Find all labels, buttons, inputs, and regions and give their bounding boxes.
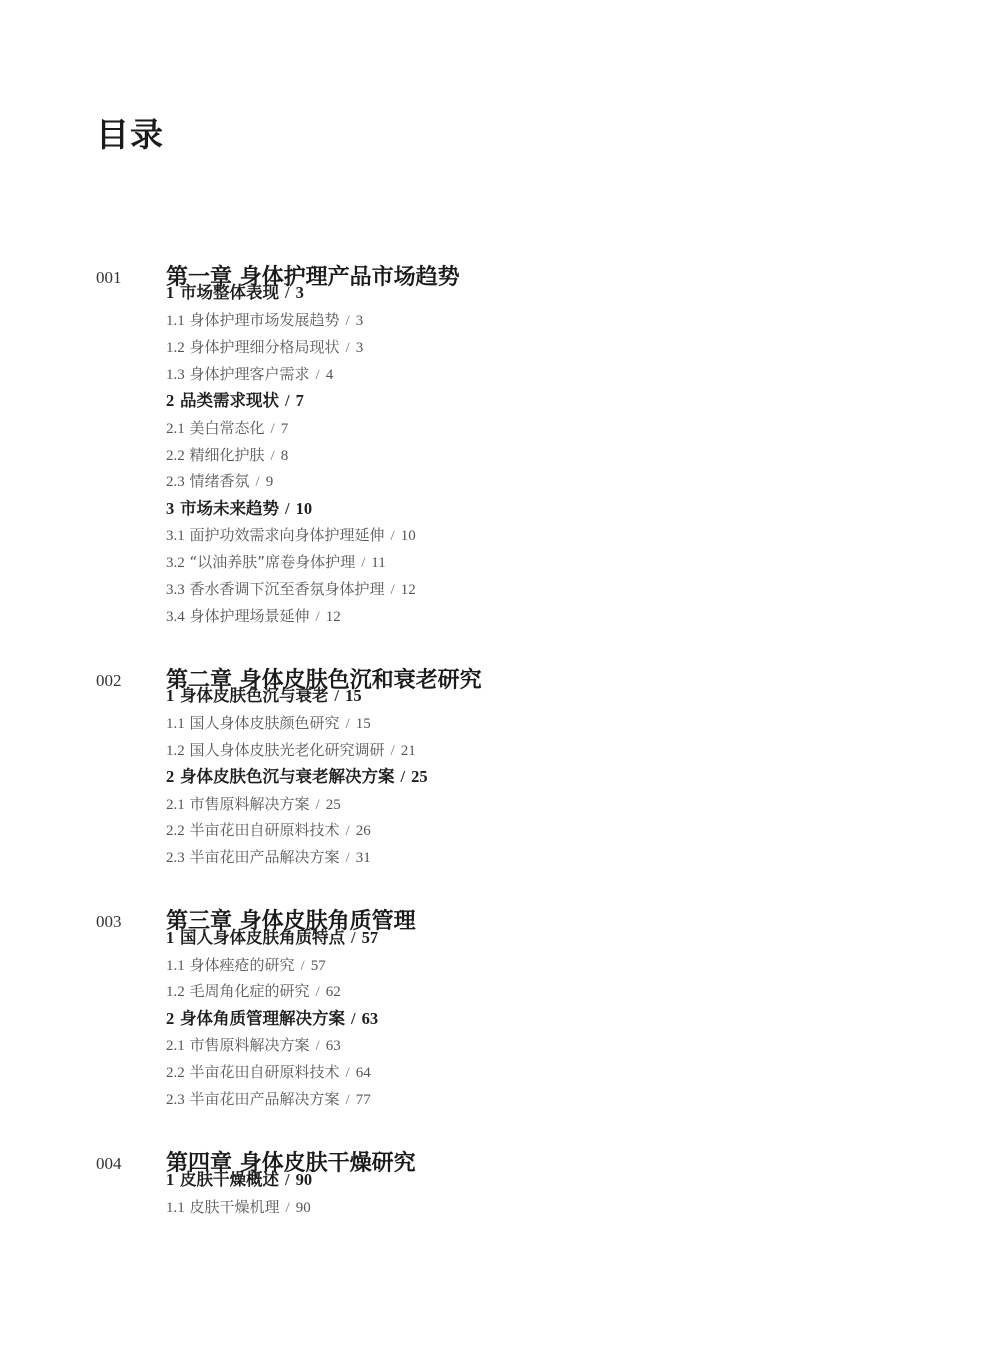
- entry-title: 情绪香氛: [190, 472, 250, 490]
- page-separator: /: [391, 743, 395, 759]
- page-number: 63: [326, 1038, 341, 1054]
- page-number: 15: [356, 716, 371, 732]
- entry-title: 半亩花田自研原料技术: [190, 1063, 340, 1081]
- page-separator: /: [316, 797, 320, 813]
- toc-subsection-entry[interactable]: 2.3 情绪香氛/9: [166, 470, 273, 493]
- toc-subsection-entry[interactable]: 2.3 半亩花田产品解决方案/77: [166, 1088, 371, 1111]
- page-number: 26: [356, 823, 371, 839]
- entry-title: 身体痤疮的研究: [190, 956, 295, 974]
- entry-number: 1.1: [166, 313, 185, 329]
- page-separator: /: [316, 984, 320, 1000]
- page-title: 目录: [96, 114, 164, 156]
- toc-subsection-entry[interactable]: 2.3 半亩花田产品解决方案/31: [166, 846, 371, 869]
- toc-subsection-entry[interactable]: 1.1 身体痤疮的研究/57: [166, 954, 326, 977]
- page-number: 8: [281, 448, 289, 464]
- entry-number: 3.1: [166, 528, 185, 544]
- chapter-number: 001: [96, 265, 122, 291]
- page-separator: /: [346, 716, 350, 732]
- entry-number: 1.1: [166, 958, 185, 974]
- page-number: 15: [345, 686, 362, 705]
- page-separator: /: [346, 1092, 350, 1108]
- page-separator: /: [391, 528, 395, 544]
- page-number: 64: [356, 1065, 371, 1081]
- page-number: 10: [401, 528, 416, 544]
- entry-number: 1.1: [166, 716, 185, 732]
- entry-title: 市场整体表现: [180, 283, 279, 302]
- entry-number: 3: [166, 499, 174, 518]
- entry-title: 身体皮肤色沉与衰老解决方案: [180, 767, 395, 786]
- page-number: 11: [371, 555, 385, 571]
- entry-number: 2.3: [166, 474, 185, 490]
- entry-title: 身体护理场景延伸: [190, 607, 310, 625]
- page-separator: /: [316, 609, 320, 625]
- entry-number: 2: [166, 391, 174, 410]
- page-number: 9: [266, 474, 274, 490]
- entry-title: 品类需求现状: [180, 391, 279, 410]
- page-separator: /: [361, 555, 365, 571]
- entry-number: 1: [166, 283, 174, 302]
- entry-title: 半亩花田自研原料技术: [190, 821, 340, 839]
- page-separator: /: [351, 1009, 356, 1028]
- entry-title: 身体角质管理解决方案: [180, 1009, 345, 1028]
- page-separator: /: [391, 582, 395, 598]
- page-number: 7: [281, 421, 289, 437]
- entry-number: 1: [166, 686, 174, 705]
- entry-number: 2.1: [166, 1038, 185, 1054]
- page-number: 12: [326, 609, 341, 625]
- entry-number: 1.3: [166, 367, 185, 383]
- entry-title: 毛周角化症的研究: [190, 982, 310, 1000]
- toc-subsection-entry[interactable]: 2.1 美白常态化/7: [166, 417, 288, 440]
- page-separator: /: [316, 367, 320, 383]
- entry-number: 1: [166, 928, 174, 947]
- page-separator: /: [285, 283, 290, 302]
- toc-subsection-entry[interactable]: 1.1 国人身体皮肤颜色研究/15: [166, 712, 371, 735]
- page-separator: /: [335, 686, 340, 705]
- entry-number: 1.2: [166, 743, 185, 759]
- page-number: 77: [356, 1092, 371, 1108]
- page-number: 21: [401, 743, 416, 759]
- entry-title: 美白常态化: [190, 419, 265, 437]
- toc-subsection-entry[interactable]: 3.2 “以油养肤”席卷身体护理/11: [166, 551, 386, 574]
- entry-title: 香水香调下沉至香氛身体护理: [190, 580, 385, 598]
- page-number: 7: [296, 391, 304, 410]
- entry-number: 2.3: [166, 1092, 185, 1108]
- entry-title: 皮肤干燥机理: [190, 1198, 280, 1216]
- toc-subsection-entry[interactable]: 1.3 身体护理客户需求/4: [166, 363, 333, 386]
- page-separator: /: [346, 340, 350, 356]
- page-separator: /: [256, 474, 260, 490]
- page-number: 25: [411, 767, 428, 786]
- entry-title: 身体护理细分格局现状: [190, 338, 340, 356]
- entry-number: 2: [166, 1009, 174, 1028]
- toc-subsection-entry[interactable]: 3.1 面护功效需求向身体护理延伸/10: [166, 524, 416, 547]
- page-number: 3: [356, 313, 364, 329]
- entry-number: 2.2: [166, 448, 185, 464]
- entry-title: 市售原料解决方案: [190, 795, 310, 813]
- entry-title: 半亩花田产品解决方案: [190, 848, 340, 866]
- chapter-number: 004: [96, 1151, 122, 1177]
- entry-title: 身体护理市场发展趋势: [190, 311, 340, 329]
- toc-subsection-entry[interactable]: 1.2 国人身体皮肤光老化研究调研/21: [166, 739, 416, 762]
- page-separator: /: [346, 313, 350, 329]
- page-number: 63: [362, 1009, 379, 1028]
- page-number: 12: [401, 582, 416, 598]
- page-separator: /: [346, 850, 350, 866]
- page-separator: /: [285, 1170, 290, 1189]
- toc-subsection-entry[interactable]: 2.2 半亩花田自研原料技术/64: [166, 1061, 371, 1084]
- page-number: 57: [311, 958, 326, 974]
- entry-title: 皮肤干燥概述: [180, 1170, 279, 1189]
- page-number: 57: [362, 928, 379, 947]
- entry-number: 2.3: [166, 850, 185, 866]
- page-separator: /: [401, 767, 406, 786]
- page-separator: /: [285, 499, 290, 518]
- page-number: 90: [296, 1170, 313, 1189]
- page-number: 90: [296, 1200, 311, 1216]
- page-number: 3: [356, 340, 364, 356]
- toc-section-entry[interactable]: 1 皮肤干燥概述/90: [166, 1169, 312, 1191]
- toc-subsection-entry[interactable]: 2.2 半亩花田自研原料技术/26: [166, 819, 371, 842]
- entry-title: 市场未来趋势: [180, 499, 279, 518]
- entry-number: 2.1: [166, 421, 185, 437]
- toc-subsection-entry[interactable]: 3.3 香水香调下沉至香氛身体护理/12: [166, 578, 416, 601]
- entry-title: 国人身体皮肤颜色研究: [190, 714, 340, 732]
- toc-section-entry[interactable]: 2 品类需求现状/7: [166, 390, 304, 412]
- toc-subsection-entry[interactable]: 1.2 毛周角化症的研究/62: [166, 980, 341, 1003]
- page-separator: /: [271, 421, 275, 437]
- page-separator: /: [286, 1200, 290, 1216]
- toc-subsection-entry[interactable]: 1.1 身体护理市场发展趋势/3: [166, 309, 363, 332]
- toc-section-entry[interactable]: 1 市场整体表现/3: [166, 282, 304, 304]
- chapter-number: 003: [96, 909, 122, 935]
- page-number: 25: [326, 797, 341, 813]
- entry-title: 半亩花田产品解决方案: [190, 1090, 340, 1108]
- toc-section-entry[interactable]: 3 市场未来趋势/10: [166, 498, 312, 520]
- toc-section-entry[interactable]: 2 身体角质管理解决方案/63: [166, 1008, 378, 1030]
- entry-number: 1.1: [166, 1200, 185, 1216]
- toc-subsection-entry[interactable]: 2.1 市售原料解决方案/25: [166, 793, 341, 816]
- page-number: 10: [296, 499, 313, 518]
- toc-section-entry[interactable]: 2 身体皮肤色沉与衰老解决方案/25: [166, 766, 428, 788]
- entry-number: 3.2: [166, 555, 185, 571]
- page-number: 4: [326, 367, 334, 383]
- toc-section-entry[interactable]: 1 身体皮肤色沉与衰老/15: [166, 685, 362, 707]
- page-separator: /: [271, 448, 275, 464]
- entry-number: 2.2: [166, 1065, 185, 1081]
- page-number: 3: [296, 283, 304, 302]
- entry-number: 3.3: [166, 582, 185, 598]
- page-separator: /: [316, 1038, 320, 1054]
- toc-subsection-entry[interactable]: 2.2 精细化护肤/8: [166, 444, 288, 467]
- entry-title: 市售原料解决方案: [190, 1036, 310, 1054]
- page-number: 31: [356, 850, 371, 866]
- toc-subsection-entry[interactable]: 3.4 身体护理场景延伸/12: [166, 605, 341, 628]
- page-separator: /: [285, 391, 290, 410]
- entry-title: 身体护理客户需求: [190, 365, 310, 383]
- toc-subsection-entry[interactable]: 1.1 皮肤干燥机理/90: [166, 1196, 311, 1219]
- entry-title: 国人身体皮肤角质特点: [180, 928, 345, 947]
- toc-subsection-entry[interactable]: 2.1 市售原料解决方案/63: [166, 1034, 341, 1057]
- entry-title: “以油养肤”席卷身体护理: [190, 553, 356, 571]
- page-separator: /: [346, 1065, 350, 1081]
- entry-number: 2: [166, 767, 174, 786]
- page-separator: /: [346, 823, 350, 839]
- toc-subsection-entry[interactable]: 1.2 身体护理细分格局现状/3: [166, 336, 363, 359]
- entry-number: 2.2: [166, 823, 185, 839]
- entry-number: 1.2: [166, 984, 185, 1000]
- page-separator: /: [301, 958, 305, 974]
- entry-number: 2.1: [166, 797, 185, 813]
- entry-title: 精细化护肤: [190, 446, 265, 464]
- entry-number: 1.2: [166, 340, 185, 356]
- toc-section-entry[interactable]: 1 国人身体皮肤角质特点/57: [166, 927, 378, 949]
- entry-title: 身体皮肤色沉与衰老: [180, 686, 329, 705]
- entry-title: 国人身体皮肤光老化研究调研: [190, 741, 385, 759]
- chapter-number: 002: [96, 668, 122, 694]
- entry-number: 1: [166, 1170, 174, 1189]
- page-separator: /: [351, 928, 356, 947]
- entry-title: 面护功效需求向身体护理延伸: [190, 526, 385, 544]
- entry-number: 3.4: [166, 609, 185, 625]
- page-number: 62: [326, 984, 341, 1000]
